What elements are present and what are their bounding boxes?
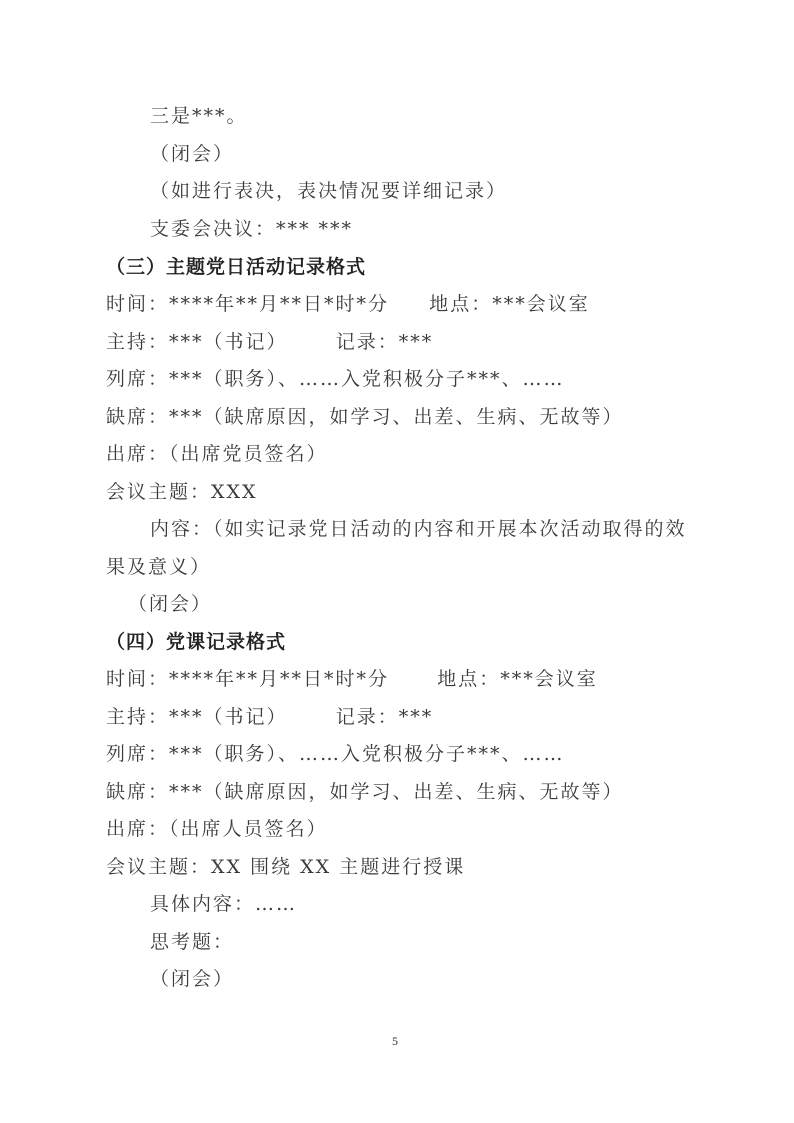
field-time-location: 时间：****年**月**日*时*分 地点：***会议室 <box>106 292 590 316</box>
field-specific-content: 具体内容：…… <box>150 892 297 916</box>
field-time-location: 时间：****年**月**日*时*分 地点：***会议室 <box>106 667 598 691</box>
section-heading-party-lecture: （四）党课记录格式 <box>106 630 286 654</box>
body-line-close-meeting: （闭会） <box>150 142 234 166</box>
field-meeting-topic: 会议主题：XX 围绕 XX 主题进行授课 <box>106 855 465 879</box>
field-content: 内容：（如实记录党日活动的内容和开展本次活动取得的效 <box>150 517 687 541</box>
field-present: 出席：（出席党员签名） <box>106 442 328 466</box>
body-line-point-three: 三是***。 <box>150 104 248 128</box>
field-attendees-nonvoting: 列席：***（职务）、……入党积极分子***、…… <box>106 367 565 391</box>
body-line-vote-note: （如进行表决，表决情况要详细记录） <box>150 179 507 203</box>
section-heading-party-day: （三）主题党日活动记录格式 <box>106 255 366 279</box>
field-host-recorder: 主持：***（书记） 记录：*** <box>106 705 433 729</box>
field-content-continued: 果及意义） <box>106 555 211 579</box>
field-absent: 缺席：***（缺席原因，如学习、出差、生病、无故等） <box>106 405 624 429</box>
page-number: 5 <box>392 1034 398 1049</box>
body-line-close-meeting: （闭会） <box>128 592 212 616</box>
body-line-close-meeting: （闭会） <box>150 967 234 991</box>
field-absent: 缺席：***（缺席原因，如学习、出差、生病、无故等） <box>106 780 624 804</box>
field-attendees-nonvoting: 列席：***（职务）、……入党积极分子***、…… <box>106 742 565 766</box>
field-discussion-questions: 思考题： <box>150 930 234 954</box>
field-present: 出席：（出席人员签名） <box>106 817 328 841</box>
body-line-committee-resolution: 支委会决议：*** *** <box>150 217 353 241</box>
field-meeting-topic: 会议主题：XXX <box>106 480 258 504</box>
field-host-recorder: 主持：***（书记） 记录：*** <box>106 330 433 354</box>
